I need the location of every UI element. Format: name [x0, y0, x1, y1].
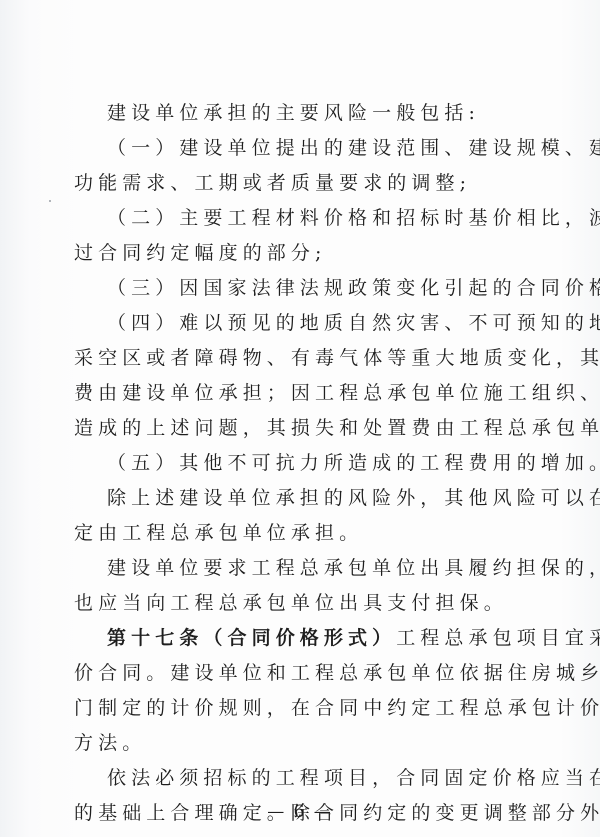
risk-item-4-line-2: 采空区或者障碍物、有毒气体等重大地质变化，其损失和处置	[74, 341, 526, 376]
scan-speck	[49, 200, 51, 202]
paragraph-risk-intro: 建设单位承担的主要风险一般包括:	[74, 96, 526, 131]
risk-item-1-line-1: （一）建设单位提出的建设范围、建设规模、建设标准、	[74, 131, 526, 166]
risk-item-4-line-4: 造成的上述问题，其损失和处置费由工程总承包单位承担;	[74, 411, 526, 446]
risk-item-5: （五）其他不可抗力所造成的工程费用的增加。	[74, 446, 526, 481]
article-heading: 第十七条（合同价格形式）	[107, 627, 396, 649]
risk-item-3: （三）因国家法律法规政策变化引起的合同价格的变化;	[74, 271, 526, 306]
tender-price-line-1: 依法必须招标的工程项目，合同固定价格应当在充分竞争	[74, 761, 526, 796]
article-17-line-3: 门制定的计价规则，在合同中约定工程总承包计价方式和计价	[74, 691, 526, 726]
article-17-line-2: 价合同。建设单位和工程总承包单位依据住房城乡建设主管部	[74, 656, 526, 691]
risk-item-2-line-1: （二）主要工程材料价格和招标时基价相比，波动幅度超	[74, 201, 526, 236]
page-number: — 6 —	[0, 802, 600, 822]
article-17-line-1: 第十七条（合同价格形式）工程总承包项目宜采用固定总	[74, 621, 526, 656]
other-risks-line-2: 定由工程总承包单位承担。	[74, 516, 526, 551]
other-risks-line-1: 除上述建设单位承担的风险外，其他风险可以在合同中约	[74, 481, 526, 516]
guarantee-line-2: 也应当向工程总承包单位出具支付担保。	[74, 586, 526, 621]
document-page: 建设单位承担的主要风险一般包括: （一）建设单位提出的建设范围、建设规模、建设标…	[0, 0, 600, 837]
risk-item-4-line-3: 费由建设单位承担；因工程总承包单位施工组织、措施不当等	[74, 376, 526, 411]
body-text: 建设单位承担的主要风险一般包括: （一）建设单位提出的建设范围、建设规模、建设标…	[74, 96, 526, 831]
guarantee-line-1: 建设单位要求工程总承包单位出具履约担保的，建设单位	[74, 551, 526, 586]
risk-item-4-line-1: （四）难以预见的地质自然灾害、不可预知的地下溶洞、	[74, 306, 526, 341]
risk-item-2-line-2: 过合同约定幅度的部分;	[74, 236, 526, 271]
article-17-line-4: 方法。	[74, 726, 526, 761]
risk-item-1-line-2: 功能需求、工期或者质量要求的调整;	[74, 166, 526, 201]
